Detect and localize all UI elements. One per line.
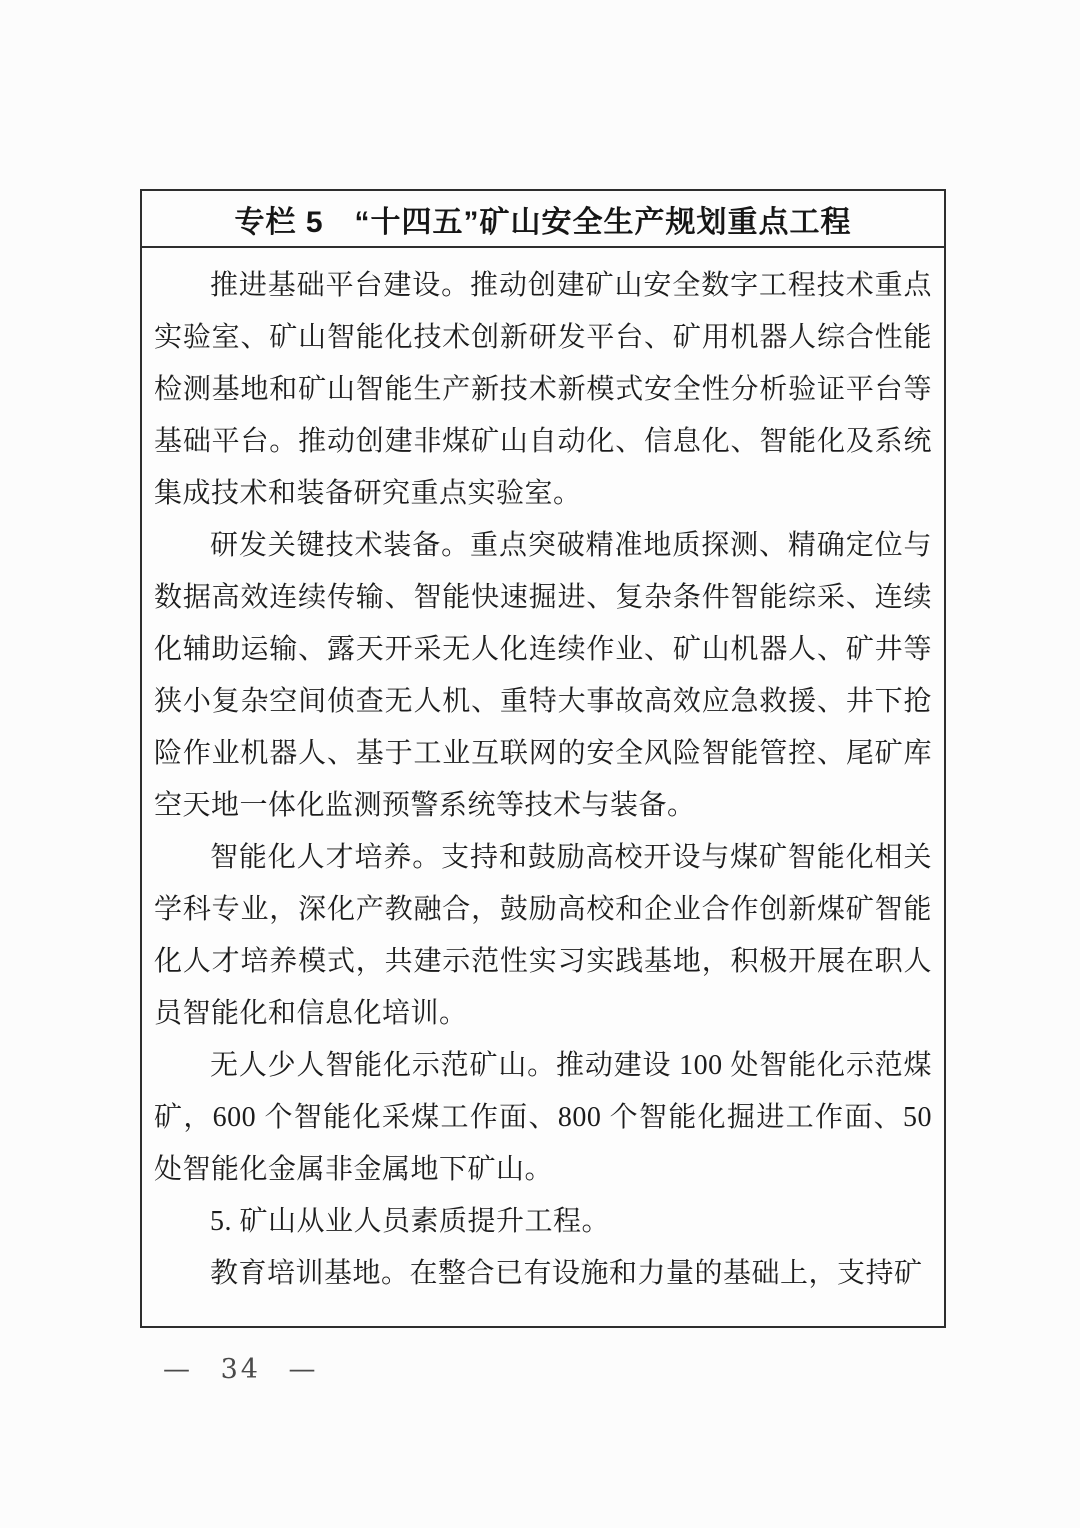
paragraph-talent-training: 智能化人才培养。支持和鼓励高校开设与煤矿智能化相关学科专业，深化产教融合，鼓励高… <box>154 832 932 1040</box>
paragraph-item-5-heading: 5. 矿山从业人员素质提升工程。 <box>154 1196 932 1248</box>
panel-body: 推进基础平台建设。推动创建矿山安全数字工程技术重点实验室、矿山智能化技术创新研发… <box>142 248 944 1300</box>
paragraph-education-training-base: 教育培训基地。在整合已有设施和力量的基础上，支持矿 <box>154 1248 932 1300</box>
panel-title: 专栏 5 “十四五”矿山安全生产规划重点工程 <box>142 191 944 248</box>
paragraph-platform-construction: 推进基础平台建设。推动创建矿山安全数字工程技术重点实验室、矿山智能化技术创新研发… <box>154 260 932 520</box>
paragraph-key-technology-equipment: 研发关键技术装备。重点突破精准地质探测、精确定位与数据高效连续传输、智能快速掘进… <box>154 520 932 832</box>
paragraph-demonstration-mines: 无人少人智能化示范矿山。推动建设 100 处智能化示范煤矿，600 个智能化采煤… <box>154 1040 932 1196</box>
page-number: — 34 — <box>163 1352 319 1388</box>
highlight-box: 专栏 5 “十四五”矿山安全生产规划重点工程 推进基础平台建设。推动创建矿山安全… <box>140 189 946 1328</box>
